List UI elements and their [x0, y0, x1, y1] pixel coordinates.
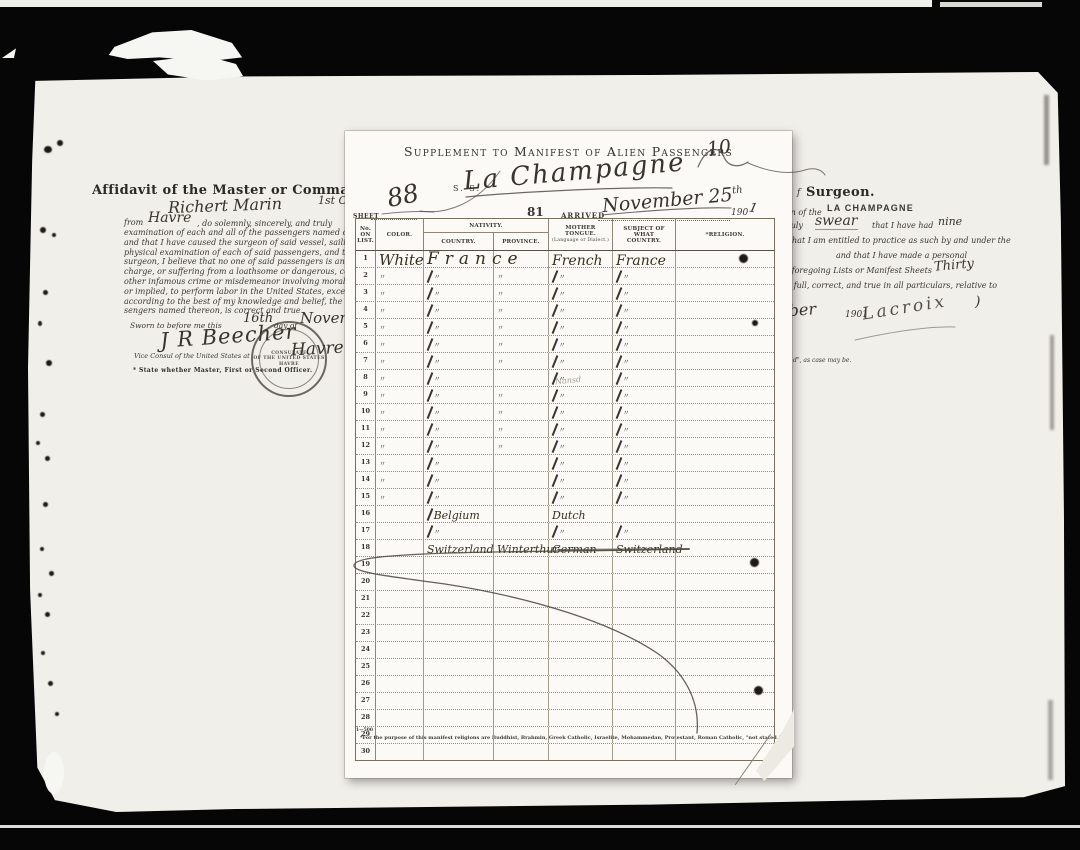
cell-province: 〃	[494, 302, 549, 318]
cell-province: 〃	[494, 353, 549, 369]
oath-line: charge, or suffering from a loathsome or…	[124, 267, 345, 277]
handwritten-entry: Switzerland	[427, 544, 494, 555]
cell-color	[376, 591, 424, 607]
cell-country: 〃	[424, 387, 494, 403]
ink-dot	[754, 686, 763, 695]
table-row: 21	[356, 591, 774, 608]
row-number: 14	[356, 472, 376, 488]
cell-country: 〃	[424, 455, 494, 471]
ditto-mark: 〃	[434, 425, 441, 435]
cell-mother_tongue	[549, 591, 613, 607]
cell-country	[424, 557, 494, 573]
cell-country: 〃	[424, 353, 494, 369]
handwritten-entry: Switzerland	[616, 544, 683, 555]
cell-subject: 〃	[613, 268, 676, 284]
cell-mother_tongue: 〃	[549, 523, 613, 539]
arrival-date-handwriting: November 25th	[601, 183, 744, 217]
oath-line: physical examination of each of said pas…	[124, 248, 345, 258]
ditto-mark: 〃	[379, 408, 386, 418]
scan-smudge	[1050, 335, 1054, 430]
ditto-slash	[552, 457, 558, 470]
cell-country: 〃	[424, 472, 494, 488]
cell-subject	[613, 710, 676, 726]
cell-country	[424, 744, 494, 760]
right-bottom-note: d", as case may be.	[793, 357, 851, 364]
cell-mother_tongue: 〃	[549, 472, 613, 488]
ink-spot	[38, 321, 42, 326]
cell-mother_tongue: 〃	[549, 387, 613, 403]
cell-province	[494, 608, 549, 624]
row-number: 29	[356, 727, 376, 743]
table-row: 26	[356, 676, 774, 693]
ditto-mark: 〃	[434, 459, 441, 469]
port-handwriting: Havre	[148, 210, 191, 226]
manifest-rows: 1WhiteFranceFrenchFrance2〃〃〃〃〃3〃〃〃〃〃4〃〃〃…	[356, 251, 774, 760]
cell-country: 〃	[424, 285, 494, 301]
ink-spot	[41, 651, 45, 655]
ditto-mark: 〃	[379, 340, 386, 350]
cell-mother_tongue	[549, 625, 613, 641]
nine-handwriting: nine	[938, 215, 962, 228]
ditto-mark: 〃	[623, 425, 630, 435]
table-row: 1WhiteFranceFrenchFrance	[356, 251, 774, 268]
row-number: 13	[356, 455, 376, 471]
paper-fleck-bottom-left	[44, 752, 64, 794]
cell-color	[376, 710, 424, 726]
cell-religion	[676, 693, 774, 709]
cell-country: 〃	[424, 438, 494, 454]
table-row: 11〃〃〃〃〃	[356, 421, 774, 438]
cell-country: 〃	[424, 268, 494, 284]
ditto-mark: 〃	[559, 289, 566, 299]
cell-subject	[613, 591, 676, 607]
ditto-slash	[552, 287, 558, 300]
ditto-slash	[552, 338, 558, 351]
hand-slash	[427, 508, 433, 521]
ditto-mark: 〃	[559, 306, 566, 316]
cell-subject: 〃	[613, 421, 676, 437]
surgeon-line6: lief, full, correct, and true in all par…	[776, 281, 997, 290]
handwritten-entry: Belgium	[434, 510, 480, 521]
ink-spot	[52, 233, 56, 237]
cell-mother_tongue: 〃	[549, 302, 613, 318]
ditto-mark: 〃	[623, 459, 630, 469]
ditto-mark: 〃	[559, 425, 566, 435]
ditto-mark: 〃	[379, 306, 386, 316]
sheet-number-handwriting: 88	[384, 178, 421, 213]
ditto-mark: 〃	[379, 323, 386, 333]
cell-mother_tongue: Dutch	[549, 506, 613, 522]
form-page-number: 81	[527, 205, 544, 219]
table-row: 9〃〃〃〃〃	[356, 387, 774, 404]
cell-mother_tongue: 〃	[549, 455, 613, 471]
cell-province	[494, 370, 549, 386]
year-printed: 190	[731, 208, 748, 218]
cell-country	[424, 659, 494, 675]
manifest-table-header: No. ON LIST. COLOR. NATIVITY. MOTHER TON…	[356, 219, 774, 251]
header-mt-main: MOTHER TONGUE.	[549, 225, 612, 237]
cell-religion	[676, 319, 774, 335]
ditto-mark: 〃	[434, 357, 441, 367]
cell-province	[494, 489, 549, 505]
ditto-slash	[427, 304, 433, 317]
header-no-line2: ON LIST.	[356, 232, 375, 244]
cell-subject: 〃	[613, 319, 676, 335]
ditto-mark: 〃	[379, 459, 386, 469]
cell-mother_tongue	[549, 676, 613, 692]
cell-mother_tongue	[549, 642, 613, 658]
cell-subject: 〃	[613, 387, 676, 403]
left-footnote: * State whether Master, First or Second …	[133, 367, 313, 374]
ditto-slash	[427, 474, 433, 487]
cell-subject: 〃	[613, 336, 676, 352]
cell-mother_tongue: 〃Nansd	[549, 370, 613, 386]
table-row: 29	[356, 727, 774, 744]
table-row: 12〃〃〃〃〃	[356, 438, 774, 455]
cell-province	[494, 574, 549, 590]
ink-spot	[49, 571, 54, 576]
oath-first-line: , do solemnly, sincerely, and truly	[197, 219, 345, 228]
cell-province: 〃	[494, 421, 549, 437]
cell-color: White	[376, 251, 424, 269]
cell-religion	[676, 353, 774, 369]
ditto-slash	[552, 304, 558, 317]
arrival-date-text: November 25	[601, 184, 733, 217]
row-number: 30	[356, 744, 376, 760]
cell-color	[376, 676, 424, 692]
ditto-slash	[616, 270, 622, 283]
cell-province	[494, 642, 549, 658]
header-mt-sub: (Language or Dialect.)	[552, 238, 609, 244]
cell-subject: 〃	[613, 472, 676, 488]
ditto-slash	[427, 321, 433, 334]
cell-province	[494, 659, 549, 675]
ink-spot	[45, 456, 50, 461]
ditto-slash	[552, 355, 558, 368]
ditto-mark: 〃	[559, 408, 566, 418]
cell-country: 〃	[424, 404, 494, 420]
cell-country: Belgium	[424, 506, 494, 522]
cell-mother_tongue: 〃	[549, 268, 613, 284]
table-row: 8〃〃〃Nansd〃	[356, 370, 774, 387]
cell-color: 〃	[376, 489, 424, 505]
ditto-mark: 〃	[623, 357, 630, 367]
header-no: No. ON LIST.	[356, 219, 376, 250]
ditto-slash	[427, 440, 433, 453]
ditto-mark: 〃	[379, 425, 386, 435]
table-row: 7〃〃〃〃〃	[356, 353, 774, 370]
cell-mother_tongue: 〃	[549, 336, 613, 352]
cell-subject	[613, 693, 676, 709]
ditto-slash	[552, 440, 558, 453]
ditto-slash	[427, 389, 433, 402]
row-number: 6	[356, 336, 376, 352]
top-edge-strip-right	[940, 2, 1042, 7]
bottom-edge-strip	[0, 825, 1080, 828]
ditto-slash	[427, 338, 433, 351]
ink-spot	[38, 593, 42, 597]
cell-country	[424, 574, 494, 590]
row-number: 18	[356, 540, 376, 556]
vice-consul-line: Vice Consul of the United States at	[134, 352, 250, 360]
cell-color: 〃	[376, 438, 424, 454]
ditto-mark: 〃	[434, 323, 441, 333]
ink-spot	[43, 290, 48, 295]
cell-color: 〃	[376, 336, 424, 352]
cell-color	[376, 540, 424, 556]
ditto-slash	[616, 423, 622, 436]
cell-subject	[613, 659, 676, 675]
row-number: 22	[356, 608, 376, 624]
header-mother-tongue: MOTHER TONGUE. (Language or Dialect.)	[549, 219, 613, 250]
ink-dot	[739, 254, 748, 263]
top-edge-strip	[0, 0, 932, 7]
ditto-slash	[427, 423, 433, 436]
ditto-mark: 〃	[379, 391, 386, 401]
row-number: 15	[356, 489, 376, 505]
sworn-month-handwriting: Novemb	[300, 309, 346, 327]
cell-country: 〃	[424, 302, 494, 318]
row-number: 12	[356, 438, 376, 454]
cell-mother_tongue	[549, 710, 613, 726]
cell-country: 〃	[424, 319, 494, 335]
cell-country: 〃	[424, 523, 494, 539]
cell-religion	[676, 625, 774, 641]
ink-spot	[55, 712, 59, 716]
ditto-slash	[552, 389, 558, 402]
ditto-mark: 〃	[379, 476, 386, 486]
table-row: 28	[356, 710, 774, 727]
ditto-slash	[616, 389, 622, 402]
cell-province	[494, 472, 549, 488]
cell-mother_tongue	[549, 574, 613, 590]
ditto-slash	[616, 372, 622, 385]
ditto-mark: 〃	[434, 408, 441, 418]
table-row: 23	[356, 625, 774, 642]
cell-province	[494, 625, 549, 641]
oath-paragraph: examination of each and all of the passe…	[124, 228, 345, 316]
cell-mother_tongue	[549, 727, 613, 743]
table-row: 13〃〃〃〃	[356, 455, 774, 472]
row-number: 26	[356, 676, 376, 692]
cell-country: France	[424, 251, 494, 269]
cell-religion	[676, 302, 774, 318]
ditto-mark: 〃	[623, 289, 630, 299]
cell-subject: Switzerland	[613, 540, 676, 556]
cell-religion	[676, 574, 774, 590]
cell-province	[494, 557, 549, 573]
ditto-slash	[616, 525, 622, 538]
ditto-slash	[616, 338, 622, 351]
handwritten-entry: France	[427, 251, 524, 268]
cell-province: 〃	[494, 404, 549, 420]
ink-spot	[45, 612, 50, 617]
ditto-mark: 〃	[434, 493, 441, 503]
ditto-slash	[552, 525, 558, 538]
cell-color	[376, 744, 424, 760]
cell-religion	[676, 285, 774, 301]
ditto-mark: 〃	[559, 357, 566, 367]
ditto-mark: 〃	[559, 476, 566, 486]
cell-mother_tongue: 〃	[549, 404, 613, 420]
cell-religion	[676, 489, 774, 505]
cell-subject: 〃	[613, 302, 676, 318]
cell-country	[424, 710, 494, 726]
cell-color	[376, 642, 424, 658]
ditto-mark: 〃	[434, 272, 441, 282]
cell-religion	[676, 251, 774, 269]
cell-province	[494, 744, 549, 760]
table-row: 10〃〃〃〃〃	[356, 404, 774, 421]
ink-dot	[750, 558, 759, 567]
ditto-slash	[427, 525, 433, 538]
ditto-mark: 〃	[434, 476, 441, 486]
cell-color: 〃	[376, 353, 424, 369]
cell-color	[376, 693, 424, 709]
cell-religion	[676, 642, 774, 658]
ditto-mark: 〃	[434, 374, 441, 384]
header-country: COUNTRY.	[424, 233, 494, 250]
table-row: 3〃〃〃〃〃	[356, 285, 774, 302]
cell-province: 〃	[494, 285, 549, 301]
row-number: 2	[356, 268, 376, 284]
cell-color	[376, 523, 424, 539]
oath-line: surgeon, I believe that no one of said p…	[124, 257, 345, 267]
ditto-slash	[552, 474, 558, 487]
cell-mother_tongue: 〃	[549, 489, 613, 505]
ditto-slash	[616, 355, 622, 368]
from-label: from	[124, 218, 143, 227]
row-number: 11	[356, 421, 376, 437]
cell-color: 〃	[376, 472, 424, 488]
table-row: 14〃〃〃〃	[356, 472, 774, 489]
table-row: 17〃〃〃	[356, 523, 774, 540]
consul-place-handwriting: Havre	[291, 338, 345, 361]
cell-religion	[676, 387, 774, 403]
right-heading-prefix: f	[797, 188, 800, 198]
ditto-mark: 〃	[497, 306, 504, 316]
oath-line: other infamous crime or misdemeanor invo…	[124, 277, 345, 287]
ink-spot	[48, 681, 53, 686]
ditto-slash	[616, 474, 622, 487]
pencil-note: Nansd	[555, 375, 582, 387]
cell-subject: 〃	[613, 489, 676, 505]
cell-religion	[676, 455, 774, 471]
cell-province	[494, 591, 549, 607]
cell-country	[424, 642, 494, 658]
ink-spot	[36, 441, 40, 445]
cell-color: 〃	[376, 455, 424, 471]
cell-subject: 〃	[613, 455, 676, 471]
handwritten-entry: Dutch	[552, 510, 586, 521]
torn-paper-fleck	[2, 42, 16, 58]
table-row: 15〃〃〃〃	[356, 489, 774, 506]
ditto-mark: 〃	[623, 476, 630, 486]
ditto-slash	[616, 287, 622, 300]
cell-religion	[676, 438, 774, 454]
cell-country: 〃	[424, 336, 494, 352]
ink-spot	[40, 227, 46, 233]
cell-mother_tongue	[549, 608, 613, 624]
ditto-mark: 〃	[623, 323, 630, 333]
ditto-mark: 〃	[379, 442, 386, 452]
cell-province	[494, 676, 549, 692]
ditto-mark: 〃	[559, 391, 566, 401]
cell-color: 〃	[376, 302, 424, 318]
ditto-mark: 〃	[497, 272, 504, 282]
cell-color: 〃	[376, 319, 424, 335]
cell-country: Switzerland	[424, 540, 494, 556]
ditto-mark: 〃	[497, 442, 504, 452]
ditto-mark: 〃	[623, 391, 630, 401]
table-row: 19	[356, 557, 774, 574]
ditto-mark: 〃	[379, 289, 386, 299]
row-number: 28	[356, 710, 376, 726]
master-rank-handwriting: 1st Off	[318, 194, 345, 207]
ditto-mark: 〃	[623, 493, 630, 503]
cell-subject: 〃	[613, 404, 676, 420]
row-number: 21	[356, 591, 376, 607]
table-row: 6〃〃〃〃〃	[356, 336, 774, 353]
row-number: 5	[356, 319, 376, 335]
row-number: 3	[356, 285, 376, 301]
ink-spot	[57, 140, 63, 146]
cell-color: 〃	[376, 421, 424, 437]
cell-color	[376, 727, 424, 743]
right-affidavit-heading: Surgeon.	[806, 185, 875, 200]
cell-subject	[613, 506, 676, 522]
handwritten-entry: France	[616, 254, 666, 268]
oath-line: according to the best of my knowledge an…	[124, 297, 345, 307]
ditto-mark: 〃	[497, 391, 504, 401]
ditto-mark: 〃	[623, 527, 630, 537]
cell-subject	[613, 574, 676, 590]
cell-province	[494, 506, 549, 522]
header-subject-line2: COUNTRY.	[627, 238, 661, 244]
surgeon-line2b: that I have had	[872, 221, 933, 230]
cell-subject: 〃	[613, 370, 676, 386]
ditto-slash	[552, 491, 558, 504]
cell-religion	[676, 727, 774, 743]
cell-country	[424, 727, 494, 743]
cell-province	[494, 455, 549, 471]
cell-color	[376, 659, 424, 675]
cell-mother_tongue	[549, 693, 613, 709]
cell-religion	[676, 268, 774, 284]
handwritten-entry: White	[379, 253, 424, 268]
cell-subject	[613, 727, 676, 743]
cell-subject: 〃	[613, 285, 676, 301]
ditto-slash	[616, 321, 622, 334]
ditto-mark: 〃	[434, 289, 441, 299]
ditto-mark: 〃	[559, 323, 566, 333]
cell-mother_tongue: French	[549, 251, 613, 269]
cell-religion	[676, 608, 774, 624]
oath-line: and that I have caused the surgeon of sa…	[124, 238, 345, 248]
cell-religion	[676, 557, 774, 573]
ink-spot	[46, 360, 52, 366]
ditto-slash	[616, 457, 622, 470]
row-number: 8	[356, 370, 376, 386]
cell-subject: 〃	[613, 353, 676, 369]
cell-province	[494, 710, 549, 726]
oath-line: examination of each and all of the passe…	[124, 228, 345, 238]
swear-handwriting: swear	[815, 213, 858, 230]
table-row: 24	[356, 642, 774, 659]
header-subject: SUBJECT OF WHAT COUNTRY.	[613, 219, 676, 250]
cell-subject	[613, 744, 676, 760]
cell-mother_tongue: 〃	[549, 353, 613, 369]
